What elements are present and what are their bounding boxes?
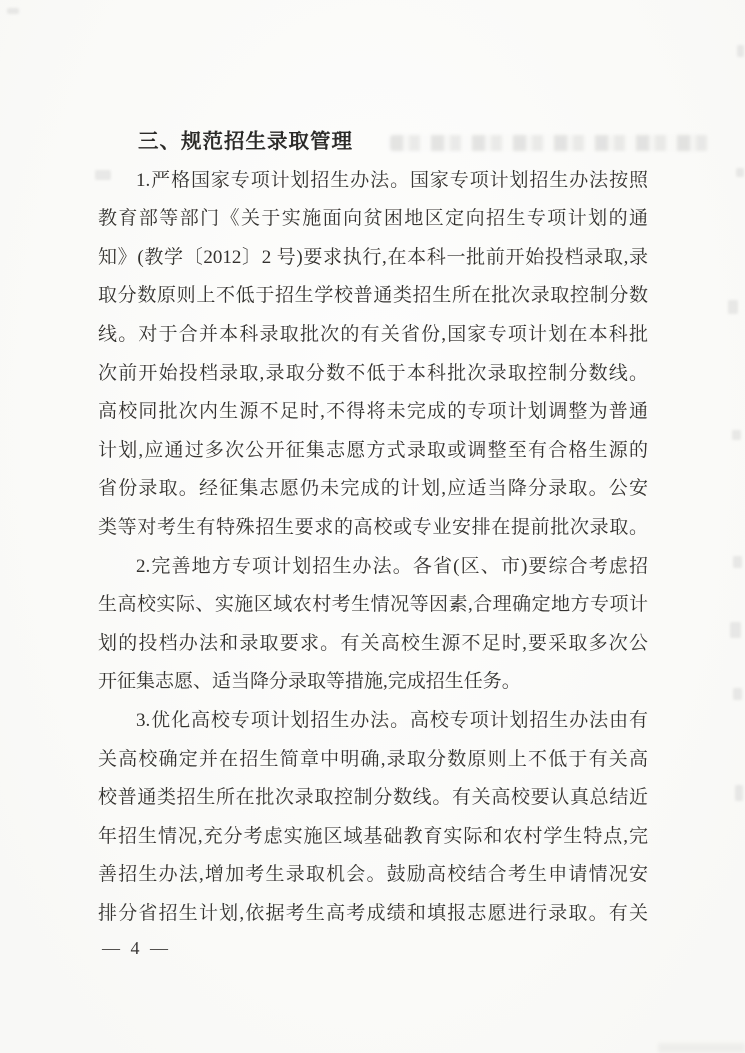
- bleed-through-artifact: [736, 168, 744, 177]
- bleed-through-artifact: [732, 430, 741, 440]
- text-line: 高校同批次内生源不足时,不得将未完成的专项计划调整为普通: [98, 393, 648, 432]
- page-number: — 4 —: [102, 938, 171, 959]
- text-line: 排分省招生计划,依据考生高考成绩和填报志愿进行录取。有关: [98, 895, 648, 934]
- paper-background: 三、规范招生录取管理 1.严格国家专项计划招生办法。国家专项计划招生办法按照教育…: [0, 0, 745, 1053]
- text-line: 次前开始投档录取,录取分数不低于本科批次录取控制分数线。: [98, 355, 648, 394]
- text-line: 开征集志愿、适当降分录取等措施,完成招生任务。: [98, 663, 648, 702]
- text-line: 线。对于合并本科录取批次的有关省份,国家专项计划在本科批: [98, 316, 648, 355]
- text-line: 善招生办法,增加考生录取机会。鼓励高校结合考生申请情况安: [98, 856, 648, 895]
- text-line: 关高校确定并在招生简章中明确,录取分数原则上不低于有关高: [98, 741, 648, 780]
- text-line: 3.优化高校专项计划招生办法。高校专项计划招生办法由有: [98, 702, 648, 741]
- bleed-through-artifact: [728, 300, 738, 314]
- paragraph: 1.严格国家专项计划招生办法。国家专项计划招生办法按照教育部等部门《关于实施面向…: [98, 162, 648, 548]
- bleed-through-artifact: [735, 785, 743, 801]
- bleed-through-artifact: [7, 8, 19, 14]
- text-line: 划的投档办法和录取要求。有关高校生源不足时,要采取多次公: [98, 625, 648, 664]
- paragraphs: 1.严格国家专项计划招生办法。国家专项计划招生办法按照教育部等部门《关于实施面向…: [98, 162, 648, 934]
- paragraph: 2.完善地方专项计划招生办法。各省(区、市)要综合考虑招生高校实际、实施区域农村…: [98, 548, 648, 702]
- text-line: 取分数原则上不低于招生学校普通类招生所在批次录取控制分数: [98, 277, 648, 316]
- text-line: 年招生情况,充分考虑实施区域基础教育实际和农村学生特点,完: [98, 818, 648, 857]
- scanned-document-page: { "colors": { "paper": "#fbfbf9", "ink":…: [0, 0, 745, 1053]
- section-heading: 三、规范招生录取管理: [98, 123, 648, 162]
- bleed-through-artifact: [730, 622, 741, 638]
- text-line: 类等对考生有特殊招生要求的高校或专业安排在提前批次录取。: [98, 509, 648, 548]
- document-body: 三、规范招生录取管理 1.严格国家专项计划招生办法。国家专项计划招生办法按照教育…: [98, 123, 648, 933]
- text-line: 生高校实际、实施区域农村考生情况等因素,合理确定地方专项计: [98, 586, 648, 625]
- text-line: 1.严格国家专项计划招生办法。国家专项计划招生办法按照: [98, 162, 648, 201]
- bleed-through-artifact: [733, 556, 742, 568]
- bleed-through-artifact: [737, 45, 744, 57]
- paragraph: 3.优化高校专项计划招生办法。高校专项计划招生办法由有关高校确定并在招生简章中明…: [98, 702, 648, 934]
- text-line: 2.完善地方专项计划招生办法。各省(区、市)要综合考虑招: [98, 548, 648, 587]
- text-line: 计划,应通过多次公开征集志愿方式录取或调整至有合格生源的: [98, 432, 648, 471]
- text-line: 省份录取。经征集志愿仍未完成的计划,应适当降分录取。公安: [98, 470, 648, 509]
- bleed-through-artifact: [658, 1043, 745, 1053]
- text-line: 知》(教学〔2012〕2 号)要求执行,在本科一批前开始投档录取,录: [98, 239, 648, 278]
- bleed-through-artifact: [733, 688, 742, 700]
- text-line: 校普通类招生所在批次录取控制分数线。有关高校要认真总结近: [98, 779, 648, 818]
- text-line: 教育部等部门《关于实施面向贫困地区定向招生专项计划的通: [98, 200, 648, 239]
